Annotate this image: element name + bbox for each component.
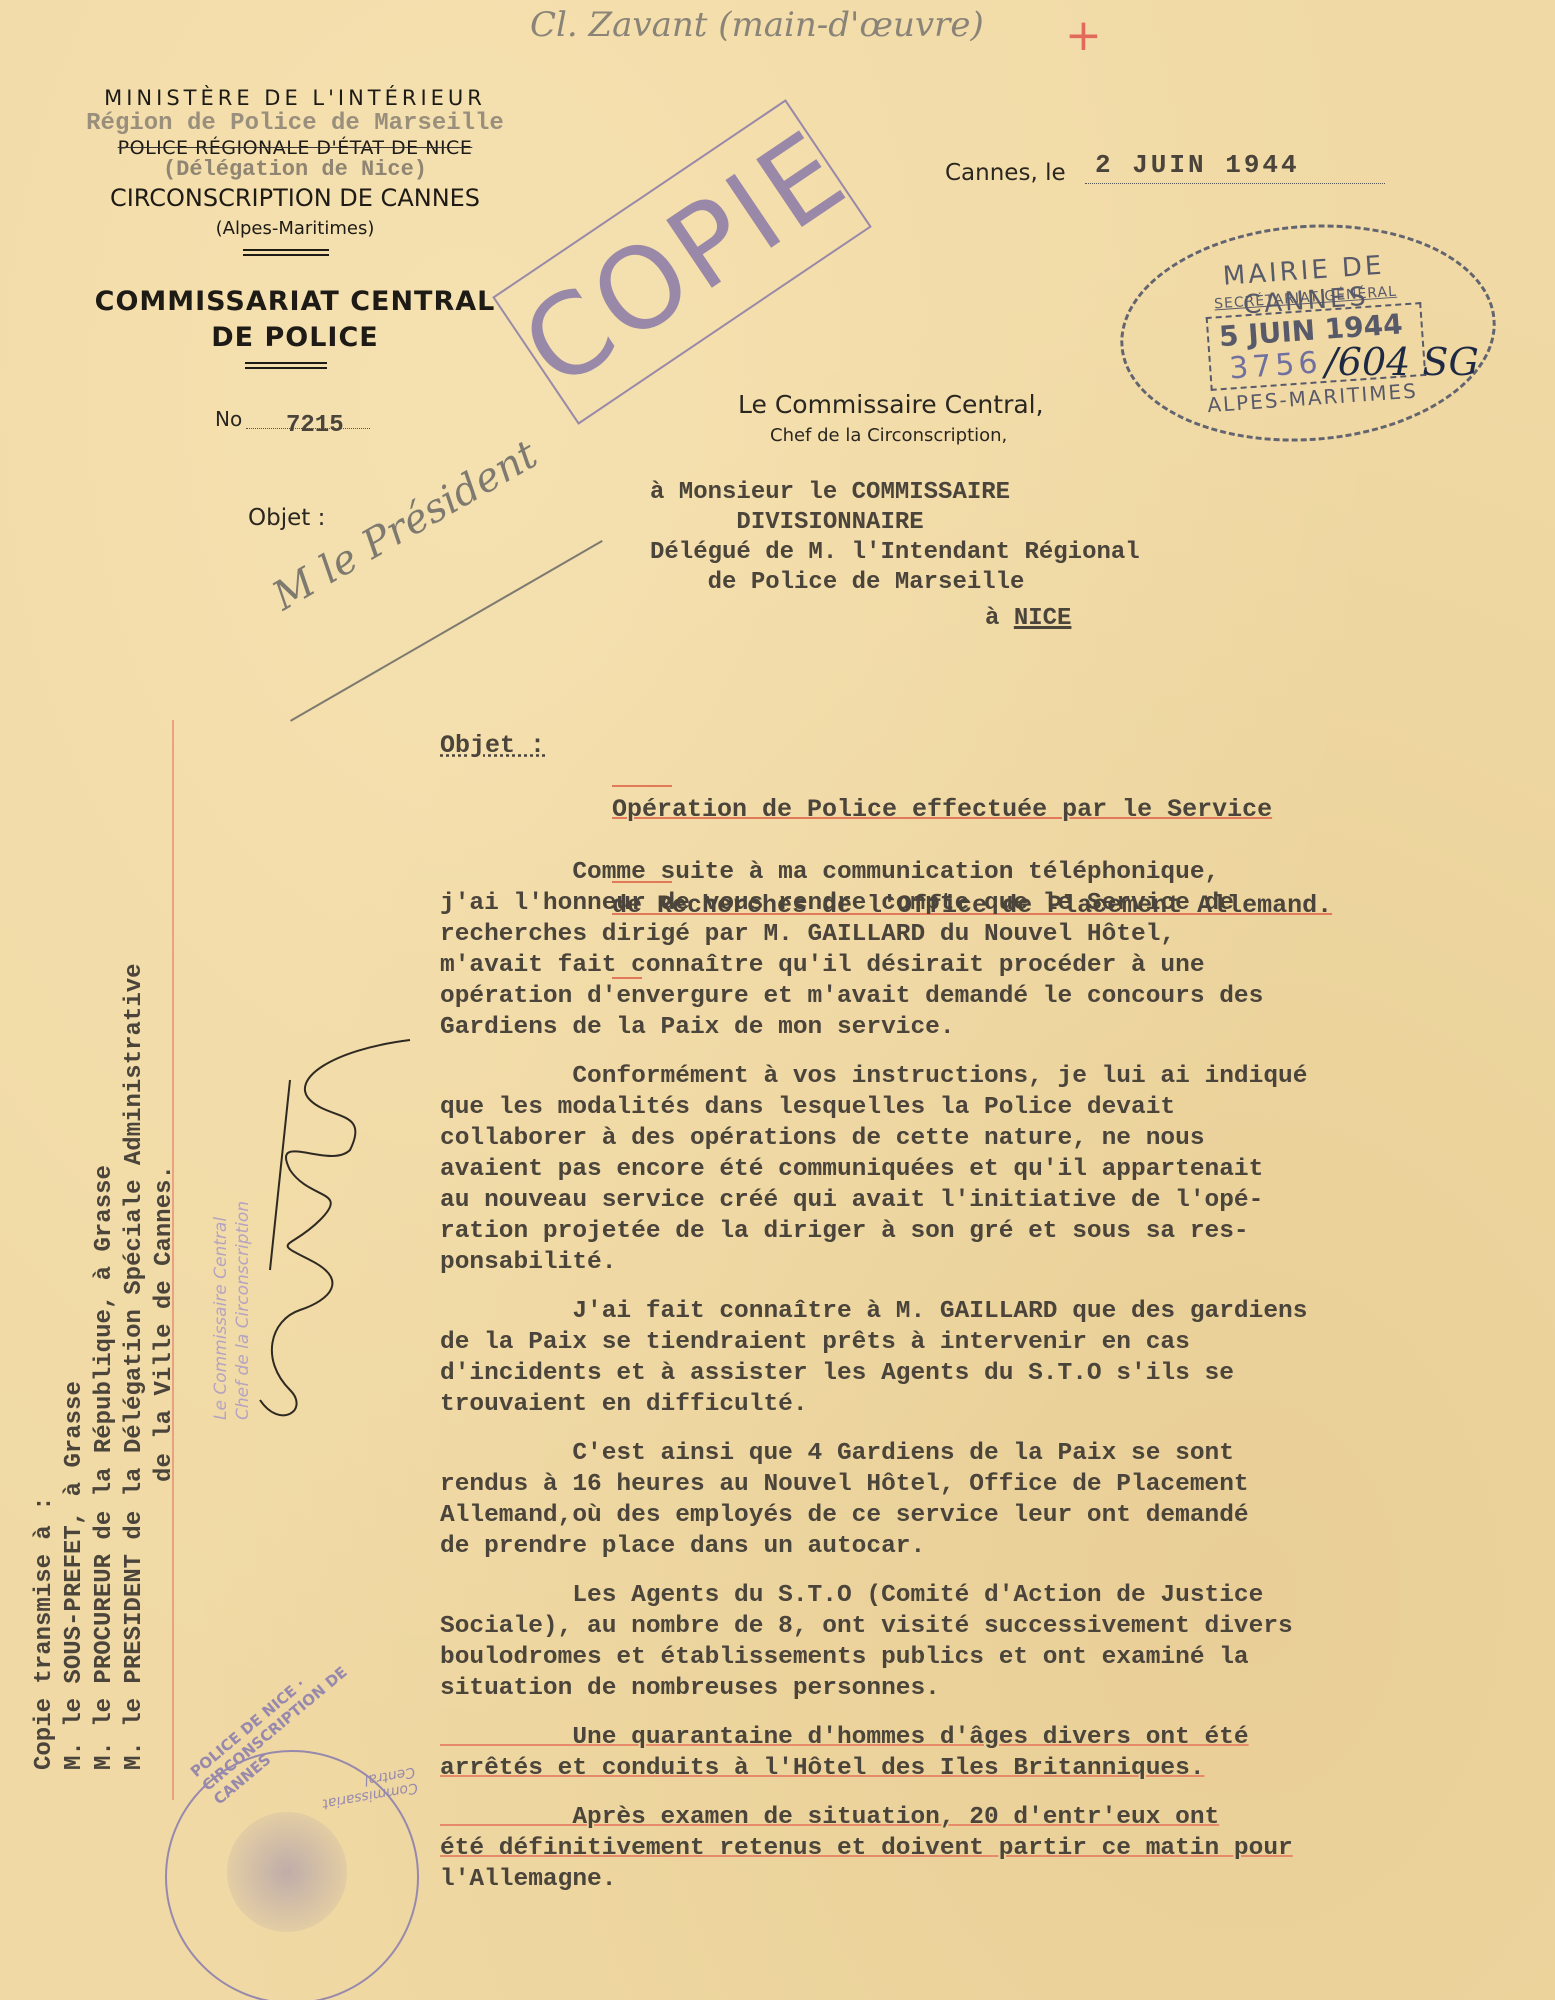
objet-label: Objet : [248,505,325,531]
letter-body: Comme suite à ma communication téléphoni… [440,857,1540,1913]
police-seal-stamp: POLICE DE NICE · CIRCONSCRIPTION DE CANN… [165,1750,419,2000]
subject-label: Objet : [440,731,545,760]
mairie-stamp-number: 3756 [1228,345,1323,386]
sender-title: Le Commissaire Central, [738,390,1044,419]
signature-stamp: Le Commissaire CentralChef de la Circons… [210,1201,254,1420]
office-heading: COMMISSARIAT CENTRAL DE POLICE [60,284,530,356]
header-divider [243,249,329,251]
paragraph-5: Les Agents du S.T.O (Comité d'Action de … [440,1580,1540,1704]
letter-date: 2 JUIN 1944 [1095,150,1300,180]
sender-subtitle: Chef de la Circonscription, [770,425,1007,446]
paragraph-1: Comme suite à ma communication téléphoni… [440,857,1540,1043]
paragraph-4: C'est ainsi que 4 Gardiens de la Paix se… [440,1438,1540,1562]
handwritten-signature [250,1020,430,1440]
copie-stamp: COPIE [492,99,872,425]
header-divider [245,367,327,369]
date-label: Cannes, le [945,160,1066,186]
paragraph-6: Une quarantaine d'hommes d'âges divers o… [440,1722,1540,1784]
red-cross-mark: + [1065,10,1102,61]
subject-block: Objet : Opération de Police effectuée pa… [440,730,545,762]
seal-emblem [227,1812,347,1932]
ministry-heading: MINISTÈRE DE L'INTÉRIEUR [60,86,530,110]
typed-overprint-region: Région de Police de Marseille [60,110,530,137]
mairie-received-stamp: MAIRIE DE CANNES SECRÉTARIAT GÉNÉRAL 5 J… [1113,212,1503,454]
mairie-handwritten-ref: /604 SG [1325,340,1479,384]
recipient-city: NICE [1014,605,1072,632]
department-label: (Alpes-Maritimes) [60,218,530,239]
pencil-annotation-top: Cl. Zavant (main-d'œuvre) [530,5,984,45]
paragraph-3: J'ai fait connaître à M. GAILLARD que de… [440,1296,1540,1420]
header-divider [245,362,327,364]
paragraph-7: Après examen de situation, 20 d'entr'eux… [440,1802,1540,1895]
typed-overprint-delegation: (Délégation de Nice) [60,157,530,182]
recipient-address: à Monsieur le COMMISSAIRE DIVISIONNAIRE … [650,478,1140,634]
reference-number: 7215 [286,412,344,439]
copies-distribution-list: Copie transmise à :M. le SOUS-PREFET, à … [30,963,180,1770]
date-line [1085,183,1385,184]
paragraph-2: Conformément à vos instructions, je lui … [440,1061,1540,1278]
struck-police-regionale: POLICE RÉGIONALE D'ÉTAT DE NICE [60,137,530,159]
number-label: No [215,407,242,431]
circonscription-heading: CIRCONSCRIPTION DE CANNES [60,184,530,212]
header-divider [243,254,329,256]
seal-inner-text: Commissariat Central [315,1764,419,1813]
